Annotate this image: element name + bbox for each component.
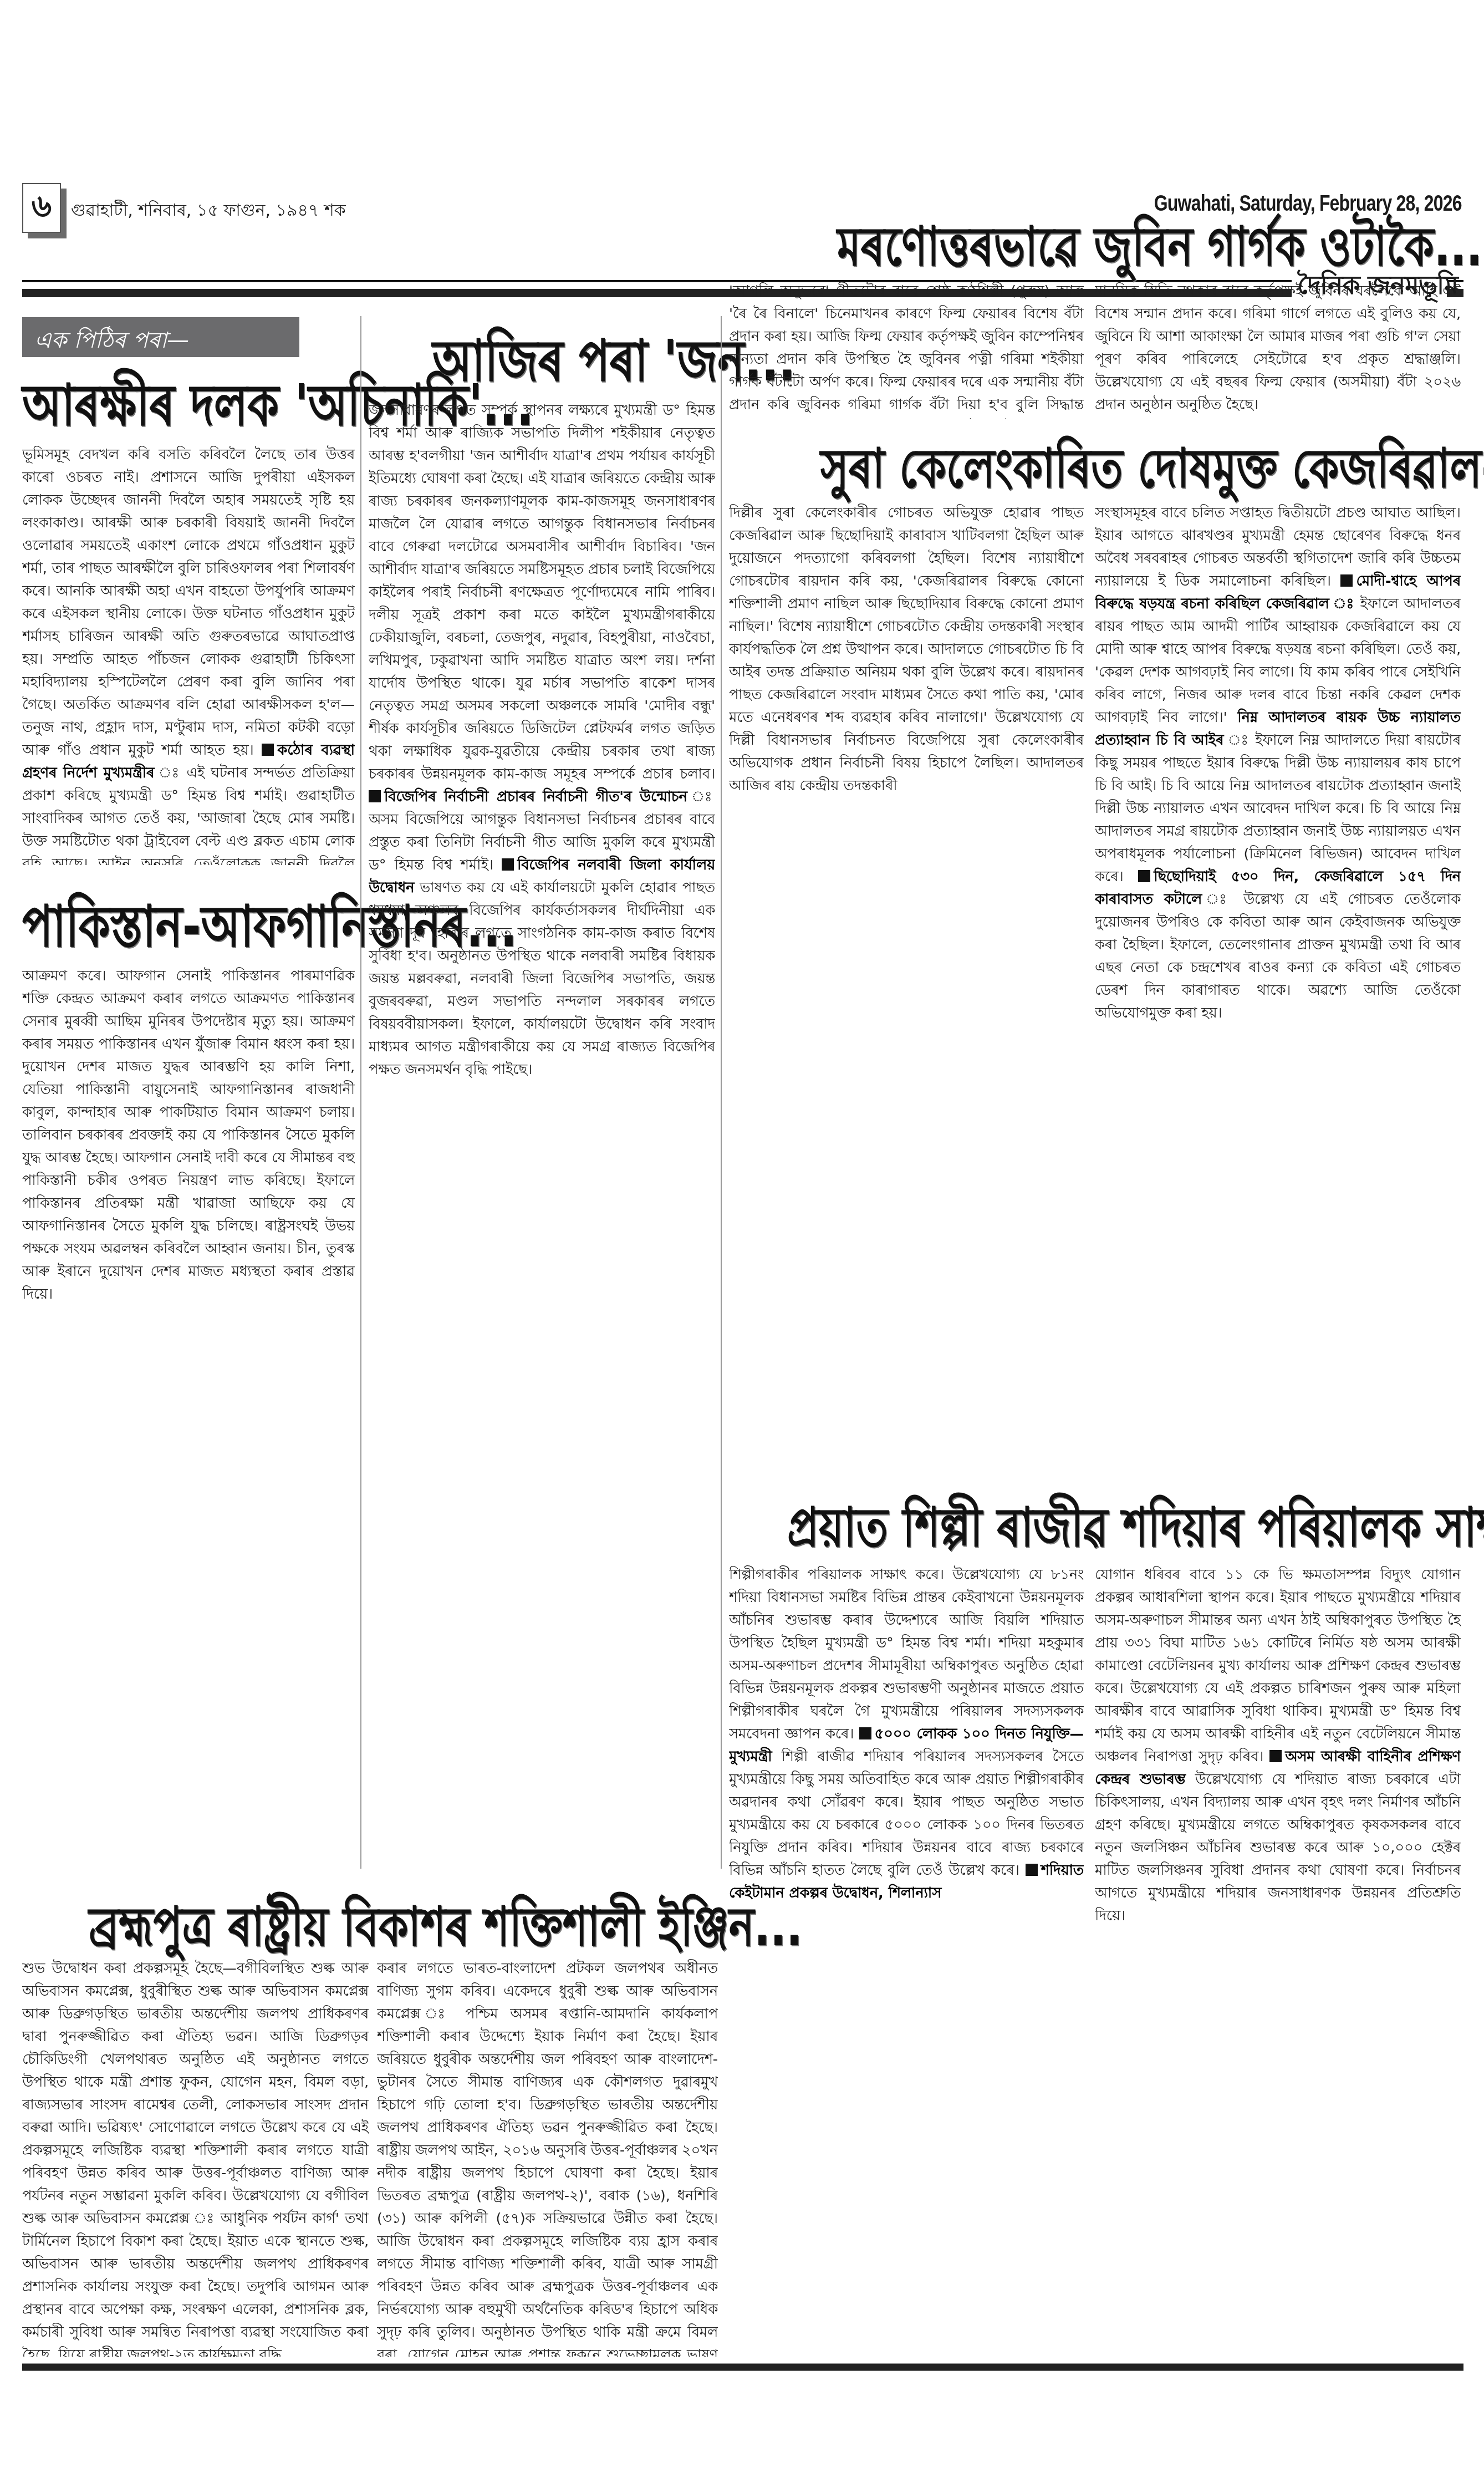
bullet-square-icon [1026,1864,1038,1876]
article-text: কৰাৰ লগতে ভাৰত-বাংলাদেশ প্ৰটকল জলপথৰ অধী… [377,1960,718,2357]
article-jan-ashirvad-body: জনসাধাৰণৰ লগত সম্পৰ্ক স্থাপনৰ লক্ষ্যৰে ম… [369,399,715,1874]
date-assamese: গুৱাহাটী, শনিবাৰ, ১৫ ফাগুন, ১৯৪৭ শক [71,197,346,225]
article-text: জনসাধাৰণৰ লগত সম্পৰ্ক স্থাপনৰ লক্ষ্যৰে ম… [369,402,715,782]
article-text: ভাষণত কয় যে এই কাৰ্যালয়টো মুকলি হোৱাৰ … [369,879,715,1078]
article-zubeen-col2: মানসিক স্থিতি নথকাৰ বাবে কৰ্তৃপক্ষই জুবি… [1095,280,1461,419]
bullet-square-icon [1269,1750,1282,1762]
article-text: যোগান ধৰিবৰ বাবে ১১ কে ভি ক্ষমতাসম্পন্ন … [1095,1566,1461,1765]
article-zubeen-col1: 'আগলি অনুভৱে' গীতটোৰ বাবে শ্ৰেষ্ঠ কণ্ঠশি… [729,280,1084,419]
article-sadiya-col2: যোগান ধৰিবৰ বাবে ১১ কে ভি ক্ষমতাসম্পন্ন … [1095,1564,1461,2357]
article-text: 'আগলি অনুভৱে' গীতটোৰ বাবে শ্ৰেষ্ঠ কণ্ঠশি… [729,283,1084,419]
subhead: বিজেপিৰ নিৰ্বাচনী প্ৰচাৰৰ নিৰ্বাচনী গীত'… [384,789,687,805]
article-kejriwal-col2: সংস্থাসমূহৰ বাবে চলিত সপ্তাহত দ্বিতীয়টো… [1095,502,1461,1481]
page-number: ৬ [22,183,61,233]
article-text: শুভ উদ্বোধন কৰা প্ৰকল্পসমূহ হৈছে—বগীবিলস… [22,1960,369,2357]
article-text: দিল্লীৰ সুৰা কেলেংকাৰীৰ গোচৰত অভিযুক্ত হ… [729,505,1084,794]
article-police-body: ভূমিসমূহ বেদখল কৰি বসতি কৰিবলৈ লৈছে তাৰ … [22,444,355,865]
article-kejriwal-col1: দিল্লীৰ সুৰা কেলেংকাৰীৰ গোচৰত অভিযুক্ত হ… [729,502,1084,1481]
article-brahmaputra-col2: কৰাৰ লগতে ভাৰত-বাংলাদেশ প্ৰটকল জলপথৰ অধী… [377,1957,718,2357]
article-text: শিল্পীগৰাকীৰ পৰিয়ালক সাক্ষাৎ কৰে। উল্লে… [729,1566,1084,1742]
column-divider [360,316,361,1869]
bullet-square-icon [1340,574,1353,587]
article-pak-afghan-body: আক্ৰমণ কৰে। আফগান সেনাই পাকিস্তানৰ পাৰমা… [22,965,355,1877]
article-text: ঃ উল্লেখ্য যে এই গোচৰত তেওঁলোক দুয়োজনৰ … [1095,891,1461,1021]
bullet-square-icon [859,1727,871,1739]
article-brahmaputra-col1: শুভ উদ্বোধন কৰা প্ৰকল্পসমূহ হৈছে—বগীবিলস… [22,1957,369,2357]
bullet-square-icon [1138,870,1150,882]
article-text: শিল্পী ৰাজীৱ শদিয়াৰ পৰিয়ালৰ সদস্যসকলৰ … [729,1748,1084,1879]
article-text: আক্ৰমণ কৰে। আফগান সেনাই পাকিস্তানৰ পাৰমা… [22,968,355,1303]
article-text: মানসিক স্থিতি নথকাৰ বাবে কৰ্তৃপক্ষই জুবি… [1095,283,1461,413]
bullet-square-icon [502,858,514,871]
headline-sadiya: প্ৰয়াত শিল্পী ৰাজীৱ শদিয়াৰ পৰিয়ালক সা… [787,1486,1484,1576]
footer-rule [22,2363,1463,2371]
bullet-square-icon [262,744,274,756]
article-text: উল্লেখযোগ্য যে শদিয়াত ৰাজ্য চৰকাৰে এটা … [1095,1771,1461,1924]
section-label: এক পিঠিৰ পৰা— [22,317,299,357]
article-text: ঃ ইফালে নিম্ন আদালতে দিয়া ৰায়টোৰ কিছু … [1095,732,1461,885]
article-text: ইফালে আদালতৰ ৰায়ৰ পাছত আম আদমী পাৰ্টিৰ … [1095,596,1461,726]
article-text: ভূমিসমূহ বেদখল কৰি বসতি কৰিবলৈ লৈছে তাৰ … [22,446,355,759]
bullet-square-icon [369,790,381,802]
column-divider [721,316,722,1869]
